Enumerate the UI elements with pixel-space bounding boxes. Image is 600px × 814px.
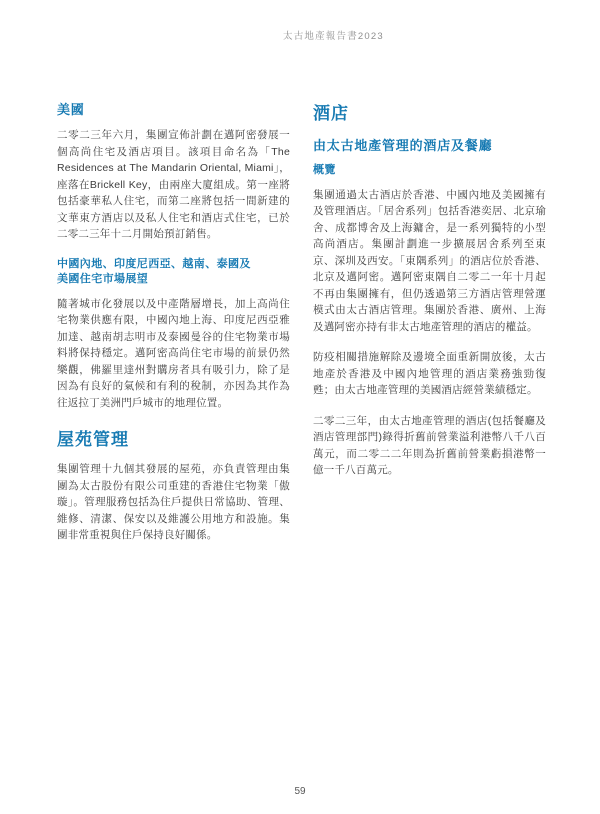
paragraph-us: 二零二三年六月，集團宣佈計劃在邁阿密發展一個高尚住宅及酒店項目。該項目命名為「T… <box>57 127 290 243</box>
right-column: 酒店 由太古地產管理的酒店及餐廳 概覽 集團通過太古酒店於香港、中國內地及美國擁… <box>313 99 546 558</box>
page-number: 59 <box>0 786 600 797</box>
paragraph-hotels-recovery: 防疫相關措施解除及邊境全面重新開放後，太古地產於香港及中國內地管理的酒店業務強勁… <box>313 349 546 399</box>
paragraph-estate-management: 集團管理十九個其發展的屋苑，亦負責管理由集團為太古股份有限公司重建的香港住宅物業… <box>57 461 290 544</box>
paragraph-hotels-overview: 集團通過太古酒店於香港、中國內地及美國擁有及管理酒店。「居舍系列」包括香港奕居、… <box>313 187 546 336</box>
section-heading-estate-management: 屋苑管理 <box>57 425 290 450</box>
content-columns: 美國 二零二三年六月，集團宣佈計劃在邁阿密發展一個高尚住宅及酒店項目。該項目命名… <box>57 99 547 558</box>
section-subheading-managed-hotels: 由太古地產管理的酒店及餐廳 <box>313 135 546 154</box>
paragraph-hotels-results: 二零二三年，由太古地產管理的酒店(包括餐廳及酒店管理部門)錄得折舊前營業溢利港幣… <box>313 413 546 479</box>
section-heading-hotels: 酒店 <box>313 99 546 124</box>
paragraph-outlook: 隨著城市化發展以及中產階層增長，加上高尚住宅物業供應有限，中國內地上海、印度尼西… <box>57 296 290 412</box>
section-heading-overview: 概覽 <box>313 163 546 179</box>
report-page: 太古地產報告書2023 美國 二零二三年六月，集團宣佈計劃在邁阿密發展一個高尚住… <box>0 0 600 814</box>
outlook-heading-line1: 中國內地、印度尼西亞、越南、泰國及 <box>57 258 251 270</box>
section-heading-us: 美國 <box>57 99 290 118</box>
section-heading-outlook: 中國內地、印度尼西亞、越南、泰國及美國住宅市場展望 <box>57 257 290 288</box>
left-column: 美國 二零二三年六月，集團宣佈計劃在邁阿密發展一個高尚住宅及酒店項目。該項目命名… <box>57 99 290 558</box>
outlook-heading-line2: 美國住宅市場展望 <box>57 273 148 285</box>
report-header-title: 太古地產報告書2023 <box>283 28 384 42</box>
